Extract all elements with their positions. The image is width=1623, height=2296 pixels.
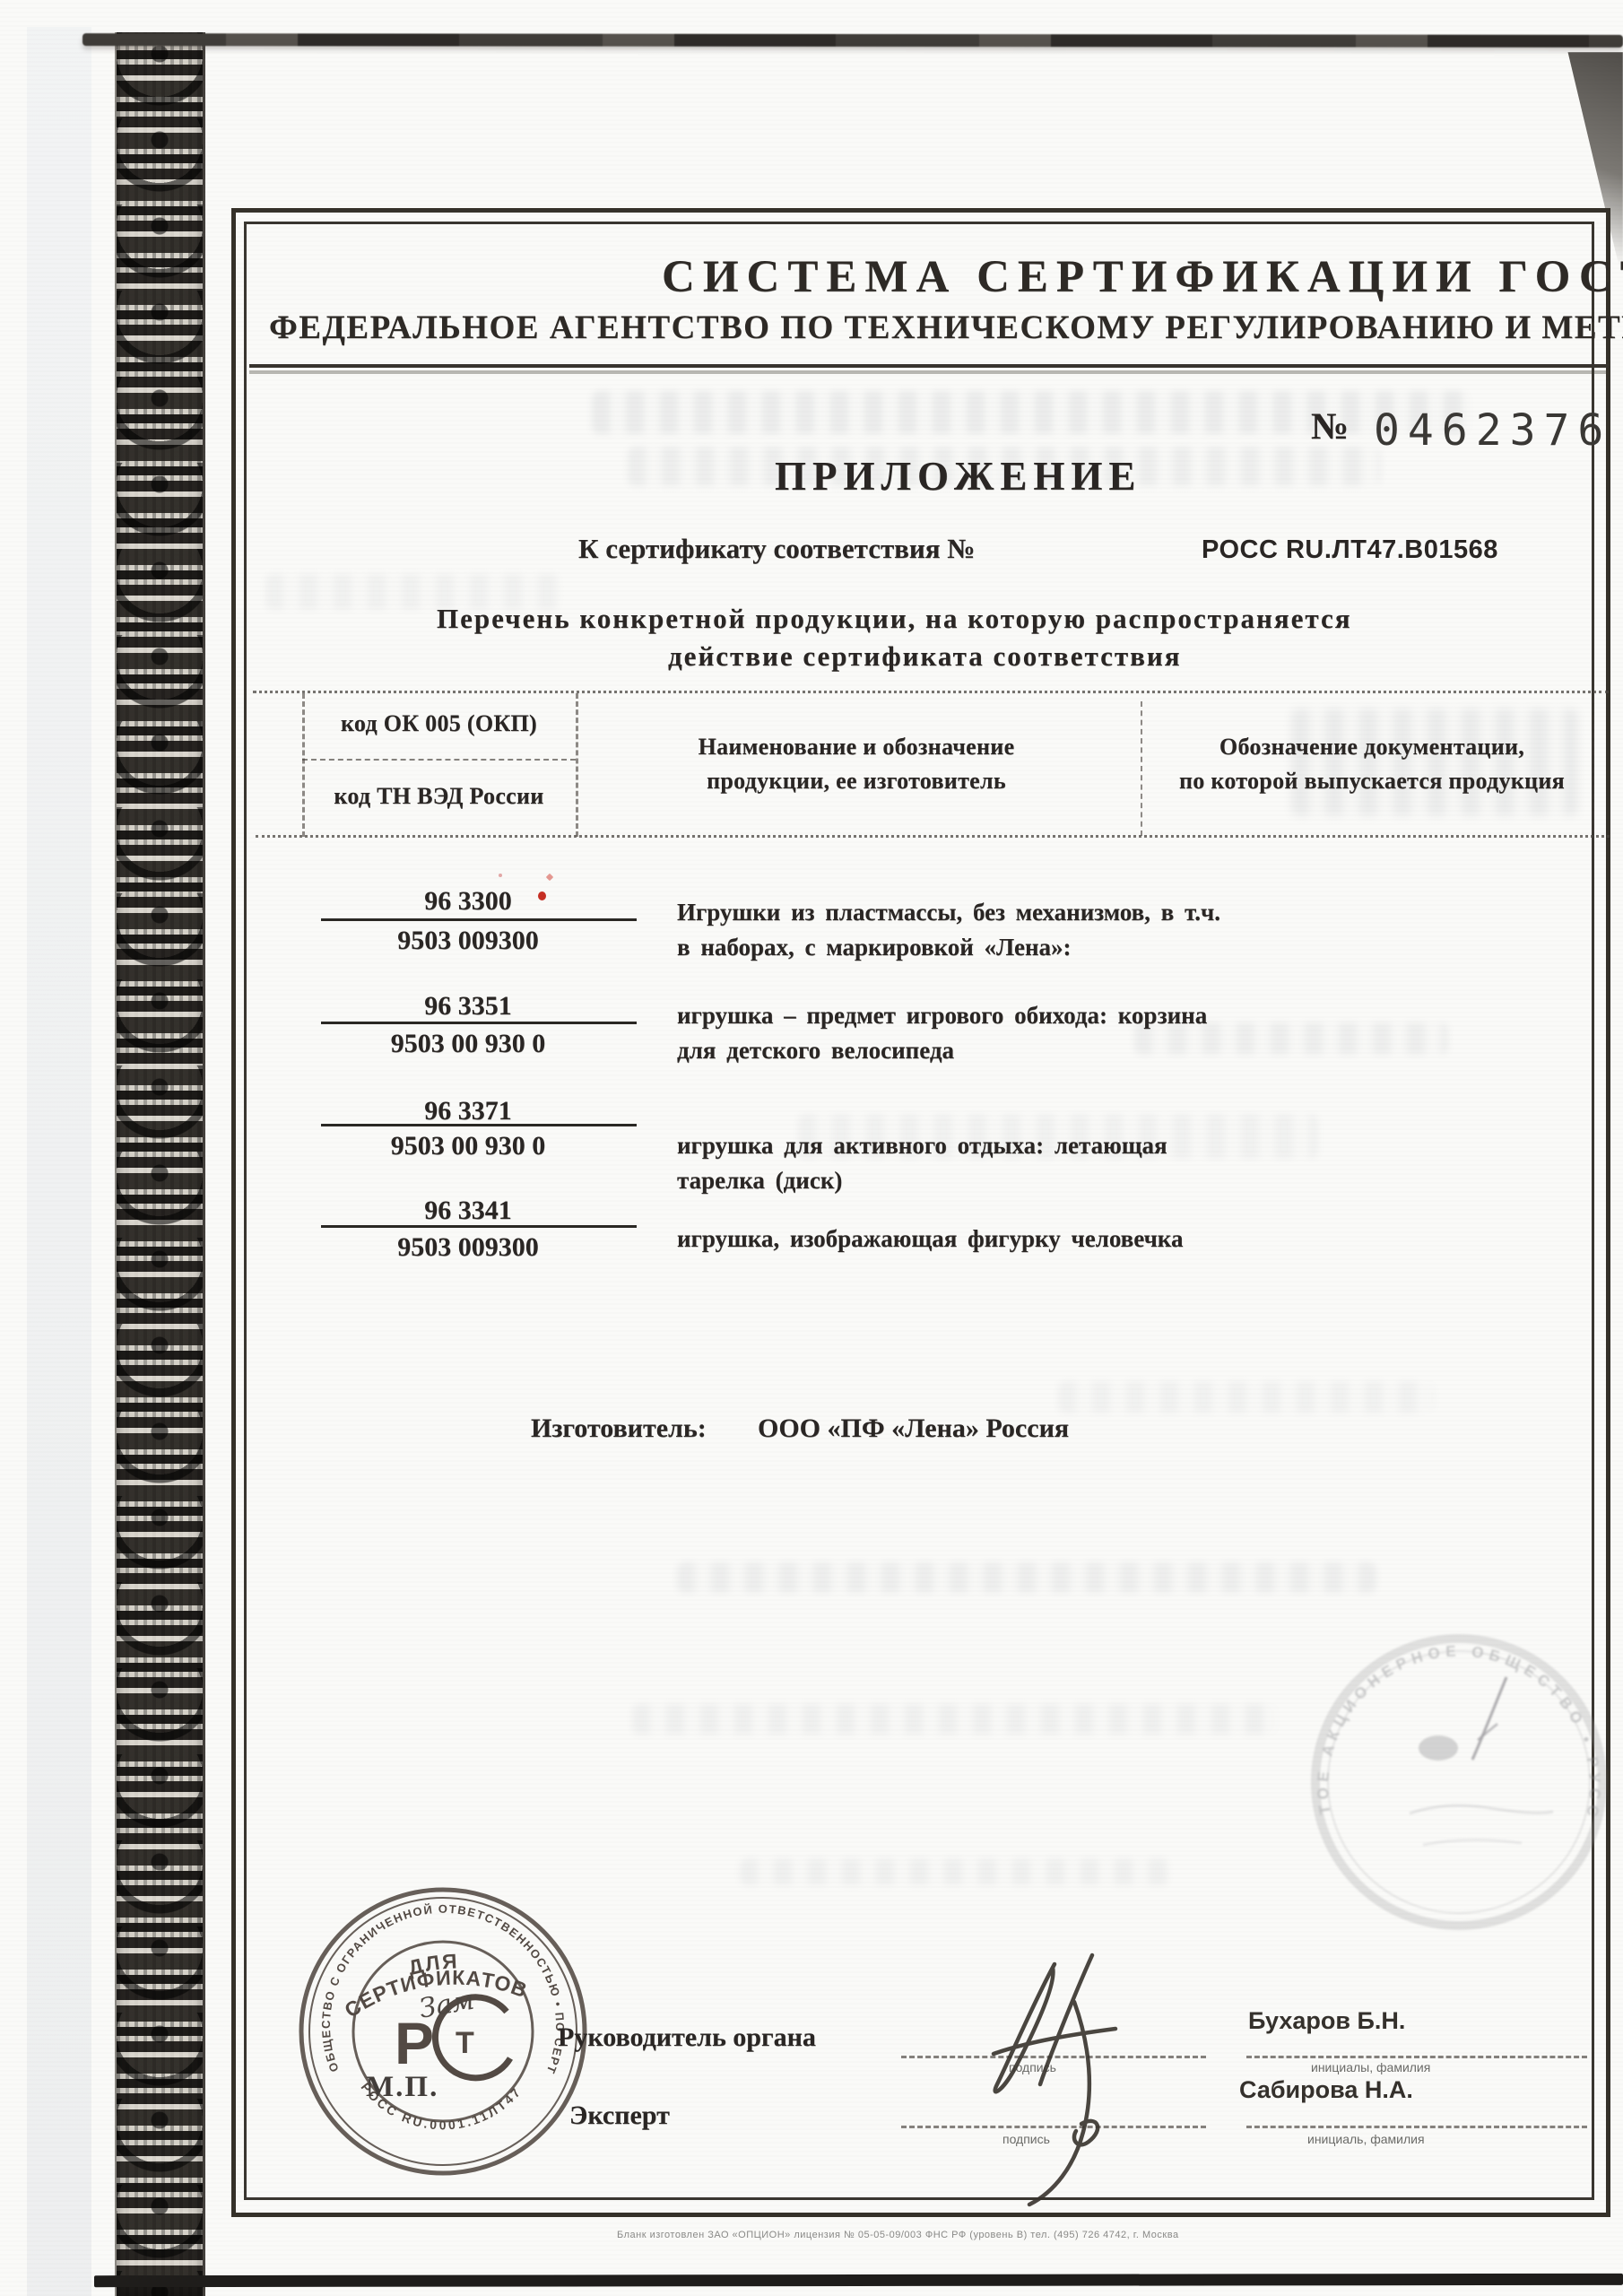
ghost-artifact xyxy=(677,1562,1376,1593)
table-right-edge-border xyxy=(1593,698,1594,834)
row-okp-code: 96 3300 xyxy=(302,886,634,917)
row-product-name: игрушка для активного отдыха: летающая т… xyxy=(677,1128,1233,1198)
scan-bottom-edge-line xyxy=(94,2274,1623,2287)
row-product-name: игрушка, изображающая фигурку человечка xyxy=(677,1222,1233,1257)
name-line-head xyxy=(1246,2056,1587,2058)
guilloche-border-strip xyxy=(115,32,205,2296)
col-header-doc-1: Обозначение документации, xyxy=(1157,734,1587,761)
row-okp-code: 96 3341 xyxy=(302,1196,634,1226)
seal-ring-text: ТОЕ АКЦИОНЕРНОЕ ОБЩЕСТВО • РУССКИЙ С xyxy=(1302,1625,1603,1823)
faint-company-seal: ТОЕ АКЦИОНЕРНОЕ ОБЩЕСТВО • РУССКИЙ С xyxy=(1302,1625,1616,1939)
scope-line-2: действие сертификата соответствия xyxy=(668,640,1182,673)
printer-fine-print: Бланк изготовлен ЗАО «ОПЦИОН» лицензия №… xyxy=(617,2230,1179,2240)
rst-conformity-mark-letter-t: Т xyxy=(456,2026,474,2060)
row-tnved-code: 9503 009300 xyxy=(302,926,634,956)
scanned-certificate-page: СИСТЕМА СЕРТИФИКАЦИИ ГОСТ Р ФЕДЕРАЛЬНОЕ … xyxy=(0,0,1623,2296)
cert-ref-label: К сертификату соответствия № xyxy=(578,533,975,565)
scope-line-1: Перечень конкретной продукции, на котору… xyxy=(437,603,1352,635)
appendix-title: ПРИЛОЖЕНИЕ xyxy=(775,453,1141,500)
col-header-okp-code: код ОК 005 (ОКП) xyxy=(302,710,576,737)
mp-seal-placeholder: М.П. xyxy=(366,2071,438,2103)
header-separator-line xyxy=(249,364,1609,368)
seal-faint-squiggle xyxy=(1410,1805,1553,1813)
code-fraction-bar xyxy=(321,1124,637,1126)
col-header-product-1: Наименование и обозначение xyxy=(664,734,1049,761)
form-number: 0462376 xyxy=(1374,405,1611,456)
col-header-product-2: продукции, ее изготовитель xyxy=(664,768,1049,795)
initials-caption: инициаль, фамилия xyxy=(1307,2132,1425,2146)
row-product-name: Игрушки из пластмассы, без механизмов, в… xyxy=(677,895,1233,965)
row-tnved-code: 9503 00 930 0 xyxy=(302,1029,634,1059)
ink-blob xyxy=(1419,1735,1458,1761)
red-ink-speck xyxy=(499,874,502,877)
table-top-rule xyxy=(253,691,1609,693)
row-okp-code: 96 3351 xyxy=(302,991,634,1022)
handwritten-signature xyxy=(940,1948,1227,2208)
col-header-doc-2: по которой выпускается продукция xyxy=(1157,768,1587,795)
svg-text:ТОЕ АКЦИОНЕРНОЕ ОБЩЕСТВО • РУС: ТОЕ АКЦИОНЕРНОЕ ОБЩЕСТВО • РУССКИЙ С xyxy=(1302,1625,1603,1823)
ghost-artifact xyxy=(1291,709,1578,816)
code-column-right-border xyxy=(576,693,578,837)
manufacturer-value: ООО «ПФ «Лена» Россия xyxy=(758,1413,1069,1444)
table-header-bottom-rule xyxy=(256,835,1610,838)
ghost-artifact xyxy=(740,1858,1170,1885)
name-doc-column-border xyxy=(1141,701,1142,836)
expert-label: Эксперт xyxy=(569,2100,670,2131)
head-of-body-label: Руководитель органа xyxy=(558,2022,816,2053)
manufacturer-label: Изготовитель: xyxy=(531,1413,707,1444)
ghost-artifact xyxy=(632,1704,1278,1735)
round-stamp-for-certificates: ОБЩЕСТВО С ОГРАНИЧЕННОЙ ОТВЕТСТВЕННОСТЬЮ… xyxy=(289,1877,598,2187)
expert-name: Сабирова Н.А. xyxy=(1239,2076,1413,2104)
name-line-expert xyxy=(1246,2126,1587,2128)
form-number-sign: № xyxy=(1311,405,1349,448)
ghost-artifact xyxy=(1058,1381,1435,1413)
row-okp-code: 96 3371 xyxy=(302,1096,634,1126)
initials-caption: инициалы, фамилия xyxy=(1311,2060,1430,2074)
head-name: Бухаров Б.Н. xyxy=(1248,2007,1405,2035)
code-fraction-bar xyxy=(321,1022,637,1024)
pen-mark xyxy=(1472,1677,1506,1760)
code-column-divider xyxy=(302,759,576,761)
agency-line: ФЕДЕРАЛЬНОЕ АГЕНТСТВО ПО ТЕХНИЧЕСКОМУ РЕ… xyxy=(269,309,1623,347)
row-product-name: игрушка – предмет игрового обихода: корз… xyxy=(677,998,1233,1068)
scan-top-edge-artifact xyxy=(82,33,1623,48)
seal-faint-squiggle xyxy=(1423,1839,1522,1845)
code-fraction-bar xyxy=(321,918,637,921)
col-header-tnved-code: код ТН ВЭД России xyxy=(302,783,576,810)
code-fraction-bar xyxy=(321,1225,637,1228)
scan-left-shade xyxy=(27,27,91,2296)
certification-system-title: СИСТЕМА СЕРТИФИКАЦИИ ГОСТ Р xyxy=(662,251,1623,303)
row-tnved-code: 9503 00 930 0 xyxy=(302,1131,634,1161)
cert-ref-number: РОСС RU.ЛТ47.В01568 xyxy=(1202,535,1498,565)
row-tnved-code: 9503 009300 xyxy=(302,1232,634,1263)
